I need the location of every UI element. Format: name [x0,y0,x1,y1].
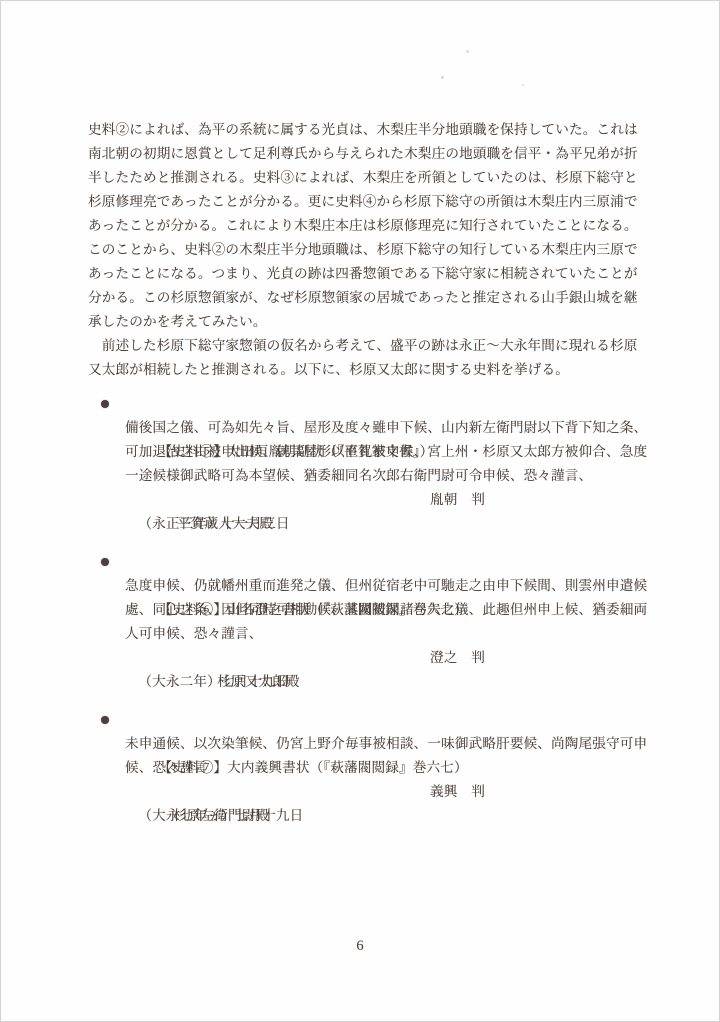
date-signature-row: （永正三年）十一月三日 胤朝 判 [88,488,640,512]
source-heading-row: 【史料⑥】山名澄之書状（『萩藩閥閲録』巻六七） [88,550,640,574]
source-body-line: 一途候様御武略可為本望候、猶委細同名次郎右衛門尉可令申候、恐々謹言、 [125,464,640,488]
paragraph-line: 承したのかを考えてみたい。 [88,310,640,334]
source-body-line: 人可申候、恐々謹言、 [125,622,640,646]
scan-artifact-speck [466,50,469,53]
date-signature-row: （大永七年ヵ）七月十九日 義興 判 [88,780,640,804]
source-heading-row: 【史料⑦】大内義興書状（『萩藩閥閲録』巻六七） [88,708,640,732]
paragraph-line: 杉原修理亮であったことが分かる。更に史料④から杉原下総守の所領は木梨庄内三原浦で [88,190,640,214]
paragraph-line: 又太郎が相続したと推測される。以下に、杉原又太郎に関する史料を挙げる。 [88,358,640,382]
paragraph-line: あったことが分かる。これにより木梨庄本庄は杉原修理亮に知行されていたことになる。 [88,214,640,238]
paragraph-line: あったことになる。つまり、光貞の跡は四番惣領である下総守家に相続されていたことが [88,262,640,286]
signature: 胤朝 判 [430,488,485,512]
scan-artifact-speck [441,76,444,79]
signature: 義興 判 [430,780,485,804]
page-body-text: 史料②によれば、為平の系統に属する光貞は、木梨庄半分地頭職を保持していた。これは… [88,118,640,828]
paragraph-line: 南北朝の初期に恩賞として足利尊氏から与えられた木梨庄の地頭職を信平・為平兄弟が折 [88,142,640,166]
document-date: （大永七年ヵ）七月十九日 [138,808,303,823]
document-date: （永正三年）十一月三日 [138,516,289,531]
bullet-icon [101,400,109,408]
source-body-line: 未申通候、以次染筆候、仍宮上野介毎事被相談、一味御武略肝要候、尚陶尾張守可申 [125,732,640,756]
paragraph-line: このことから、史料②の木梨庄半分地頭職は、杉原下総守の知行している木梨庄内三原で [88,238,640,262]
paragraph-line: 分かる。この杉原惣領家が、なぜ杉原惣領家の居城であったと推定される山手銀山城を継 [88,286,640,310]
source-heading-row: 【史料⑤】太田垣胤朝副状（『平賀家文書』） [88,392,640,416]
source-heading: 【史料⑤】太田垣胤朝副状（『平賀家文書』） [158,444,433,459]
source-heading: 【史料⑥】山名澄之書状（『萩藩閥閲録』巻六七） [158,602,467,617]
page-number: 6 [0,938,720,955]
bullet-icon [101,716,109,724]
source-heading: 【史料⑦】大内義興書状（『萩藩閥閲録』巻六七） [158,760,467,775]
source-body-line: 急度申候、仍就幡州重而進発之儀、但州従宿老中可馳走之由申下候間、則雲州申遣候 [125,574,640,598]
document-date: （大永二年）七月十九日 [138,674,289,689]
source-block-shiryo-5: 【史料⑤】太田垣胤朝副状（『平賀家文書』） 備後国之儀、可為如先々旨、屋形及度々… [88,392,640,536]
signature: 澄之 判 [430,646,485,670]
paragraph-1: 史料②によれば、為平の系統に属する光貞は、木梨庄半分地頭職を保持していた。これは… [88,118,640,334]
paragraph-line: 史料②によれば、為平の系統に属する光貞は、木梨庄半分地頭職を保持していた。これは [88,118,640,142]
paragraph-line: 半したためと推測される。史料③によれば、木梨庄を所領としていたのは、杉原下総守と [88,166,640,190]
source-block-shiryo-6: 【史料⑥】山名澄之書状（『萩藩閥閲録』巻六七） 急度申候、仍就幡州重而進発之儀、… [88,550,640,694]
scanned-document-page: 史料②によれば、為平の系統に属する光貞は、木梨庄半分地頭職を保持していた。これは… [0,0,720,1022]
date-signature-row: （大永二年）七月十九日 澄之 判 [88,646,640,670]
paragraph-2: 前述した杉原下総守家惣領の仮名から考えて、盛平の跡は永正～大永年間に現れる杉原 … [88,334,640,382]
source-body-line: 備後国之儀、可為如先々旨、屋形及度々雖申下候、山内新左衛門尉以下背下知之条、 [125,416,640,440]
scan-artifact-speck [522,84,524,86]
source-block-shiryo-7: 【史料⑦】大内義興書状（『萩藩閥閲録』巻六七） 未申通候、以次染筆候、仍宮上野介… [88,708,640,828]
bullet-icon [101,558,109,566]
paragraph-line: 前述した杉原下総守家惣領の仮名から考えて、盛平の跡は永正～大永年間に現れる杉原 [88,334,640,358]
